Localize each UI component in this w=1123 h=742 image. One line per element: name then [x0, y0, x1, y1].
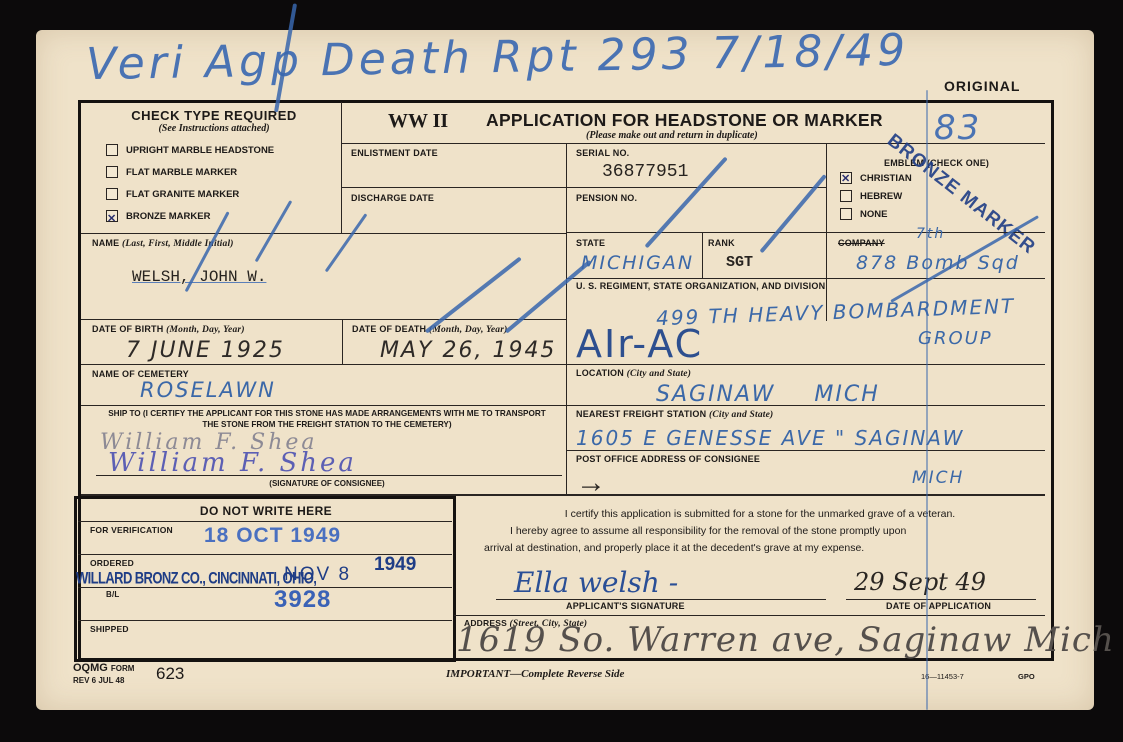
- regiment-annotation: AIr-AC: [576, 322, 703, 366]
- top-handwritten-annotation: Veri Agp Death Rpt 293 7/18/49: [86, 25, 910, 90]
- option-flat-marble-marker[interactable]: FLAT MARBLE MARKER: [106, 162, 344, 184]
- name-value[interactable]: WELSH, JOHN W.: [132, 268, 266, 286]
- discharge-date-label: DISCHARGE DATE: [351, 193, 434, 203]
- check-type-heading: CHECK TYPE REQUIRED: [84, 108, 344, 123]
- ship-to-label: SHIP TO (I CERTIFY THE APPLICANT FOR THI…: [92, 408, 562, 430]
- form-id: OQMG FORM REV 6 JUL 48: [73, 662, 134, 687]
- shipped-label: SHIPPED: [90, 624, 129, 634]
- divider: [78, 620, 452, 621]
- emblem-christian[interactable]: CHRISTIAN: [840, 170, 912, 188]
- divider: [81, 405, 566, 406]
- divider: [81, 233, 566, 234]
- checkbox-checked[interactable]: [106, 210, 118, 222]
- divider: [566, 232, 1045, 233]
- divider: [81, 364, 566, 365]
- form-number: 623: [156, 664, 184, 684]
- date-of-application-value[interactable]: 29 Sept 49: [854, 568, 986, 596]
- rank-label: RANK: [708, 238, 735, 248]
- company-value[interactable]: 878 Bomb Sqd: [856, 252, 1020, 274]
- form-title: APPLICATION FOR HEADSTONE OR MARKER: [486, 110, 883, 131]
- date-of-application-label: DATE OF APPLICATION: [886, 601, 991, 611]
- checkbox-checked[interactable]: [840, 172, 852, 184]
- consignee-signature[interactable]: William F. Shea: [108, 448, 357, 478]
- option-upright-marble-headstone[interactable]: UPRIGHT MARBLE HEADSTONE: [106, 140, 344, 162]
- divider: [566, 278, 1045, 279]
- date-of-birth-value[interactable]: 7 JUNE 1925: [126, 338, 285, 363]
- office-use-heading: DO NOT WRITE HERE: [78, 504, 454, 518]
- regiment-label: U. S. REGIMENT, STATE ORGANIZATION, AND …: [576, 281, 825, 291]
- check-type-section: CHECK TYPE REQUIRED (See Instructions at…: [84, 108, 344, 238]
- date-of-death-value[interactable]: MAY 26, 1945: [380, 338, 556, 363]
- date-of-birth-label: DATE OF BIRTH (Month, Day, Year): [92, 324, 245, 335]
- divider: [81, 319, 566, 320]
- checkbox[interactable]: [840, 208, 852, 220]
- ordered-stamp: WILLARD BRONZ CO., CINCINNATI, OHIO,: [76, 568, 316, 588]
- cemetery-value[interactable]: ROSELAWN: [140, 378, 276, 402]
- checkbox[interactable]: [106, 144, 118, 156]
- freight-station-value[interactable]: 1605 E GENESSE AVE " SAGINAW: [576, 426, 964, 450]
- emblem-options: CHRISTIAN HEBREW NONE: [840, 170, 912, 224]
- location-label: LOCATION (City and State): [576, 368, 691, 379]
- divider: [78, 521, 452, 522]
- divider: [342, 143, 1045, 144]
- divider: [342, 187, 566, 188]
- pension-number-label: PENSION No.: [576, 193, 637, 203]
- applicant-signature[interactable]: Ella welsh -: [514, 566, 678, 599]
- ordered-date: NOV 8: [284, 564, 351, 586]
- divider: [78, 587, 452, 588]
- serial-number-value[interactable]: 36877951: [602, 162, 688, 182]
- certification-text: I certify this application is submitted …: [460, 506, 1030, 557]
- ordered-year: 1949: [374, 554, 416, 576]
- applicant-signature-label: APPLICANT'S SIGNATURE: [566, 601, 685, 611]
- enlistment-date-label: ENLISTMENT DATE: [351, 148, 438, 158]
- checkbox[interactable]: [106, 166, 118, 178]
- rank-value[interactable]: SGT: [726, 254, 753, 271]
- divider: [341, 102, 342, 234]
- form-subtitle: (Please make out and return in duplicate…: [586, 130, 758, 141]
- regiment-value-line2[interactable]: GROUP: [918, 328, 993, 349]
- divider: [566, 143, 567, 373]
- post-office-label: POST OFFICE ADDRESS OF CONSIGNEE: [576, 454, 760, 464]
- checkbox[interactable]: [106, 188, 118, 200]
- divider: [702, 232, 703, 278]
- checkbox[interactable]: [840, 190, 852, 202]
- for-verification-label: FOR VERIFICATION: [90, 525, 173, 535]
- divider: [566, 364, 1045, 365]
- check-type-subheading: (See Instructions attached): [84, 123, 344, 134]
- application-form-card: Veri Agp Death Rpt 293 7/18/49 83 ORIGIN…: [36, 30, 1094, 710]
- signature-line: [96, 475, 562, 476]
- address-value[interactable]: 1619 So. Warren ave, Saginaw Mich: [456, 620, 1115, 660]
- verification-stamp: 18 OCT 1949: [204, 524, 341, 548]
- original-label: ORIGINAL: [944, 78, 1020, 94]
- state-label: STATE: [576, 238, 605, 248]
- divider: [566, 364, 567, 494]
- gpo-label: GPO: [1018, 672, 1035, 681]
- pen-vertical-line: [926, 90, 928, 710]
- location-value[interactable]: SAGINAW MICH: [656, 382, 880, 407]
- divider: [342, 319, 343, 364]
- option-flat-granite-marker[interactable]: FLAT GRANITE MARKER: [106, 184, 344, 206]
- ww-ii-label: WW II: [388, 110, 448, 133]
- signature-line: [846, 599, 1036, 600]
- company-label: COMPANY: [838, 238, 885, 248]
- emblem-none[interactable]: NONE: [840, 206, 912, 224]
- company-superscript: 7th: [916, 226, 945, 242]
- discharge-date-field[interactable]: [351, 205, 561, 229]
- post-office-value[interactable]: MICH: [912, 468, 964, 488]
- enlistment-date-field[interactable]: [351, 160, 561, 186]
- freight-station-label: NEAREST FREIGHT STATION (City and State): [576, 409, 773, 420]
- emblem-hebrew[interactable]: HEBREW: [840, 188, 912, 206]
- divider: [454, 615, 1045, 616]
- signature-line: [496, 599, 826, 600]
- divider: [566, 450, 1045, 451]
- state-value[interactable]: MICHIGAN: [581, 252, 694, 274]
- important-note: IMPORTANT—Complete Reverse Side: [446, 668, 624, 680]
- bl-stamp: 3928: [274, 586, 331, 614]
- bl-label: B/L: [106, 590, 120, 599]
- divider: [566, 405, 1045, 406]
- signature-of-consignee-label: (SIGNATURE OF CONSIGNEE): [92, 479, 562, 488]
- ordered-label: ORDERED: [90, 558, 134, 568]
- serial-number-label: SERIAL No.: [576, 148, 629, 158]
